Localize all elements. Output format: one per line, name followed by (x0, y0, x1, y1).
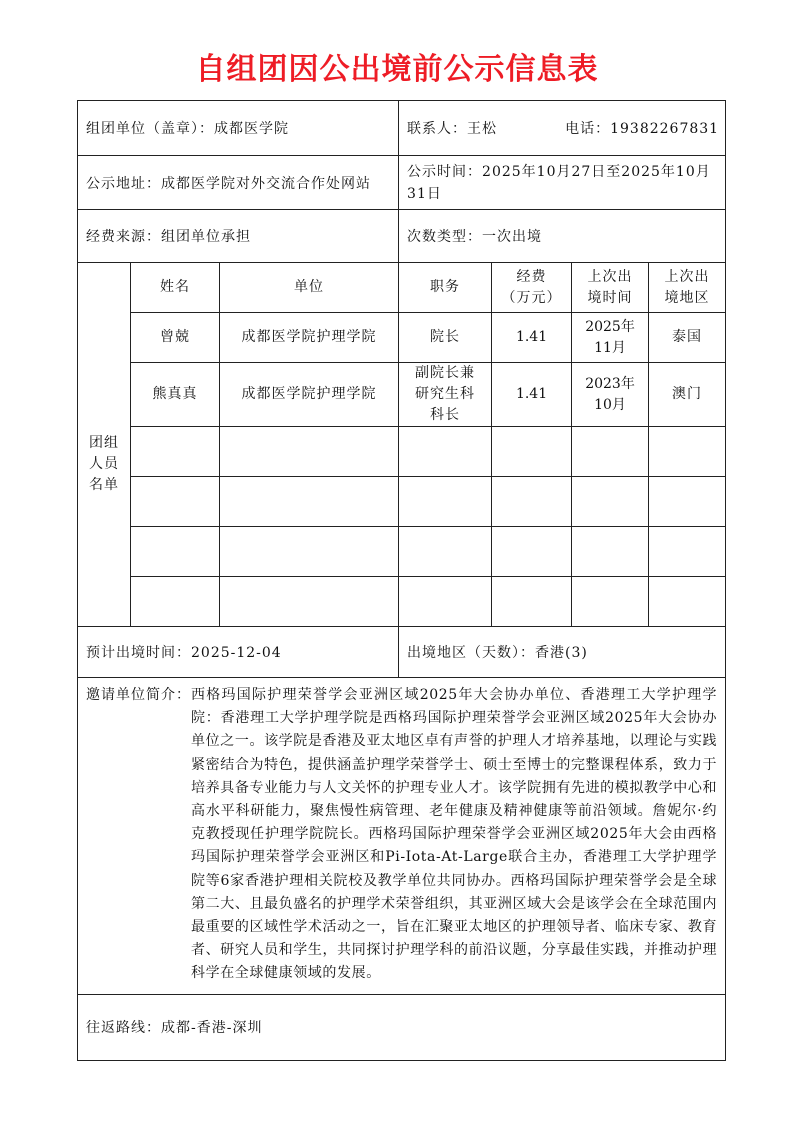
funding-cell: 经费来源：组团单位承担 (78, 210, 399, 263)
trip-type-label: 次数类型： (407, 229, 482, 245)
empty-cell (649, 577, 726, 627)
phone-value: 19382267831 (610, 121, 719, 137)
empty-cell (220, 427, 399, 477)
org-value: 成都医学院 (214, 121, 289, 137)
phone-label: 电话： (565, 121, 610, 137)
empty-cell (220, 527, 399, 577)
col-header-name: 姓名 (131, 263, 220, 313)
trip-type-cell: 次数类型：一次出境 (399, 210, 726, 263)
member-row-2: 熊真真 成都医学院护理学院 副院长兼 研究生科 科长 1.41 2023年 10… (78, 363, 726, 427)
departure-region-value: 香港(3) (535, 645, 588, 661)
member-last-time: 2025年 11月 (572, 313, 649, 363)
empty-cell (572, 427, 649, 477)
empty-cell (399, 527, 492, 577)
empty-cell (492, 577, 572, 627)
row-funding: 经费来源：组团单位承担 次数类型：一次出境 (78, 210, 726, 263)
empty-cell (649, 427, 726, 477)
row-address: 公示地址：成都医学院对外交流合作处网站 公示时间：2025年10月27日至202… (78, 156, 726, 210)
organizer-cell: 组团单位（盖章）：成都医学院 (78, 101, 399, 156)
empty-cell (572, 477, 649, 527)
empty-cell (492, 477, 572, 527)
member-unit: 成都医学院护理学院 (220, 313, 399, 363)
member-name: 曾兢 (131, 313, 220, 363)
route-label: 往返路线： (86, 1020, 161, 1036)
member-last-time: 2023年 10月 (572, 363, 649, 427)
empty-cell (220, 577, 399, 627)
empty-cell (572, 577, 649, 627)
departure-date-cell: 预计出境时间：2025-12-04 (78, 627, 399, 678)
empty-cell (649, 527, 726, 577)
intro-label: 邀请单位简介： (86, 684, 191, 986)
col-header-unit: 单位 (220, 263, 399, 313)
col-header-last-time: 上次出 境时间 (572, 263, 649, 313)
empty-cell (399, 577, 492, 627)
row-route: 往返路线：成都-香港-深圳 (78, 994, 726, 1060)
disclosure-form-table: 组团单位（盖章）：成都医学院 联系人：王松 电话：19382267831 公示地… (77, 100, 726, 1061)
intro-cell: 邀请单位简介： 西格玛国际护理荣誉学会亚洲区域2025年大会协办单位、香港理工大… (78, 678, 726, 995)
contact-value: 王松 (467, 121, 497, 137)
row-departure: 预计出境时间：2025-12-04 出境地区（天数）：香港(3) (78, 627, 726, 678)
trip-type-value: 一次出境 (482, 229, 542, 245)
member-row-empty (78, 527, 726, 577)
address-label: 公示地址： (86, 176, 161, 192)
member-position: 副院长兼 研究生科 科长 (399, 363, 492, 427)
col-header-position: 职务 (399, 263, 492, 313)
member-fee: 1.41 (492, 313, 572, 363)
departure-region-cell: 出境地区（天数）：香港(3) (399, 627, 726, 678)
empty-cell (492, 527, 572, 577)
contact-cell: 联系人：王松 电话：19382267831 (399, 101, 726, 156)
member-position: 院长 (399, 313, 492, 363)
row-organizer: 组团单位（盖章）：成都医学院 联系人：王松 电话：19382267831 (78, 101, 726, 156)
departure-date-value: 2025-12-04 (191, 645, 282, 661)
contact-label: 联系人： (407, 121, 467, 137)
member-last-region: 泰国 (649, 313, 726, 363)
phone-group: 电话：19382267831 (565, 118, 719, 138)
page-title: 自组团因公出境前公示信息表 (0, 44, 794, 88)
empty-cell (492, 427, 572, 477)
empty-cell (131, 477, 220, 527)
member-row-empty (78, 427, 726, 477)
empty-cell (399, 477, 492, 527)
member-name: 熊真真 (131, 363, 220, 427)
funding-label: 经费来源： (86, 229, 161, 245)
empty-cell (572, 527, 649, 577)
empty-cell (131, 577, 220, 627)
members-header-row: 团组人员名单 姓名 单位 职务 经费 （万元） 上次出 境时间 上次出 境地区 (78, 263, 726, 313)
empty-cell (399, 427, 492, 477)
org-label: 组团单位（盖章）： (86, 121, 214, 137)
member-unit: 成都医学院护理学院 (220, 363, 399, 427)
departure-date-label: 预计出境时间： (86, 645, 191, 661)
member-row-empty (78, 477, 726, 527)
route-cell: 往返路线：成都-香港-深圳 (78, 994, 726, 1060)
funding-value: 组团单位承担 (161, 229, 251, 245)
address-cell: 公示地址：成都医学院对外交流合作处网站 (78, 156, 399, 210)
empty-cell (649, 477, 726, 527)
row-intro: 邀请单位简介： 西格玛国际护理荣誉学会亚洲区域2025年大会协办单位、香港理工大… (78, 678, 726, 995)
intro-text: 西格玛国际护理荣誉学会亚洲区域2025年大会协办单位、香港理工大学护理学院：香港… (191, 684, 717, 986)
empty-cell (131, 427, 220, 477)
member-row-empty (78, 577, 726, 627)
members-section-label: 团组人员名单 (78, 263, 131, 627)
member-row-1: 曾兢 成都医学院护理学院 院长 1.41 2025年 11月 泰国 (78, 313, 726, 363)
period-label: 公示时间： (407, 164, 482, 180)
period-cell: 公示时间：2025年10月27日至2025年10月31日 (399, 156, 726, 210)
col-header-fee: 经费 （万元） (492, 263, 572, 313)
col-header-last-region: 上次出 境地区 (649, 263, 726, 313)
address-value: 成都医学院对外交流合作处网站 (161, 176, 371, 192)
empty-cell (220, 477, 399, 527)
member-last-region: 澳门 (649, 363, 726, 427)
member-fee: 1.41 (492, 363, 572, 427)
route-value: 成都-香港-深圳 (161, 1020, 262, 1036)
departure-region-label: 出境地区（天数）： (407, 645, 535, 661)
empty-cell (131, 527, 220, 577)
